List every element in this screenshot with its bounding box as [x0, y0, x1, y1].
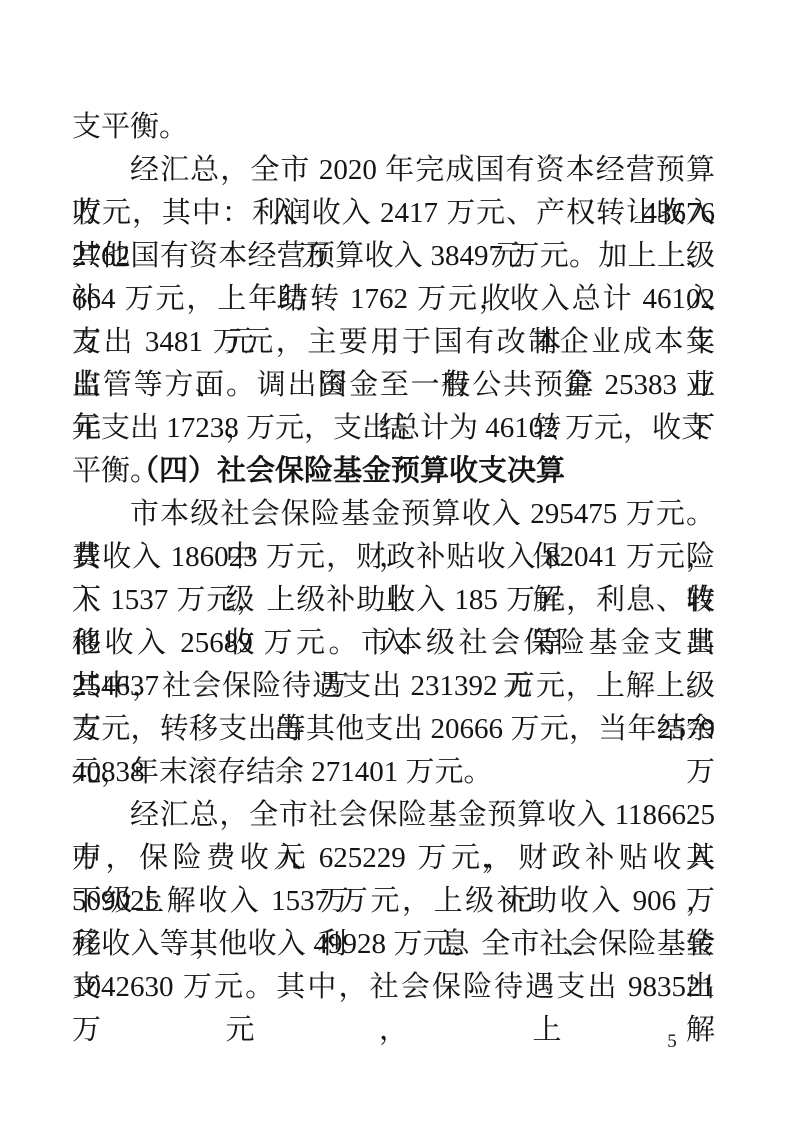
page-number: 5 — [656, 1028, 688, 1056]
document-line: 移收入等其他收入 49928 万元。全市社会保险基金支出 — [72, 923, 715, 966]
document-line: 监管等方面。调出资金至一般公共预算 25383 万元，结转下 — [72, 364, 715, 407]
section-heading: （四）社会保险基金预算收支决算 — [72, 450, 715, 493]
document-line: 经汇总，全市 2020 年完成国有资本经营预算收入 43676 — [72, 149, 715, 192]
document-line: 万元，转移支出等其他支出 20666 万元，当年结余 40838 万 — [72, 708, 715, 751]
document-line: 664 万元，上年结转 1762 万元，收入总计 46102 万元；本年 — [72, 278, 715, 321]
document-line: 支平衡。 — [72, 106, 715, 149]
document-line: 下级上解收入 1537 万元，上级补助收入 906 万元，利息、转 — [72, 880, 715, 923]
document-line: 市本级社会保险基金预算收入 295475 万元。其中，保险 — [72, 493, 715, 536]
document-line: 其他国有资本经营预算收入 38497 万元。加上上级补助收入 — [72, 235, 715, 278]
document-line: 他收入 25689 万元。市本级社会保险基金支出 254637 万元。 — [72, 622, 715, 665]
document-line: 万元，其中：利润收入 2417 万元、产权转让收入 2762 万元、 — [72, 192, 715, 235]
document-line: 支出 3481 万元，主要用于国有改制企业成本支出、国有企业 — [72, 321, 715, 364]
document-line: 其中，社会保险待遇支出 231392 万元，上解上级支出 2579 — [72, 665, 715, 708]
document-page: 支平衡。 经汇总，全市 2020 年完成国有资本经营预算收入 43676 万元，… — [0, 0, 793, 1122]
document-body: 支平衡。 经汇总，全市 2020 年完成国有资本经营预算收入 43676 万元，… — [72, 106, 715, 1009]
document-line: 中，保险费收入 625229 万元，财政补贴收入 509025 万元， — [72, 837, 715, 880]
document-line: 年支出 17238 万元，支出总计为 46102 万元，收支平衡。 — [72, 407, 715, 450]
document-line: 入 1537 万元，上级补助收入 185 万元，利息、转移收入等其 — [72, 579, 715, 622]
document-line: 经汇总，全市社会保险基金预算收入 1186625 万元，其 — [72, 794, 715, 837]
document-line: 费收入 186023 万元，财政补贴收入 82041 万元，下级上解收 — [72, 536, 715, 579]
document-line: 1042630 万元。其中，社会保险待遇支出 983521 万元，上解 — [72, 966, 715, 1009]
